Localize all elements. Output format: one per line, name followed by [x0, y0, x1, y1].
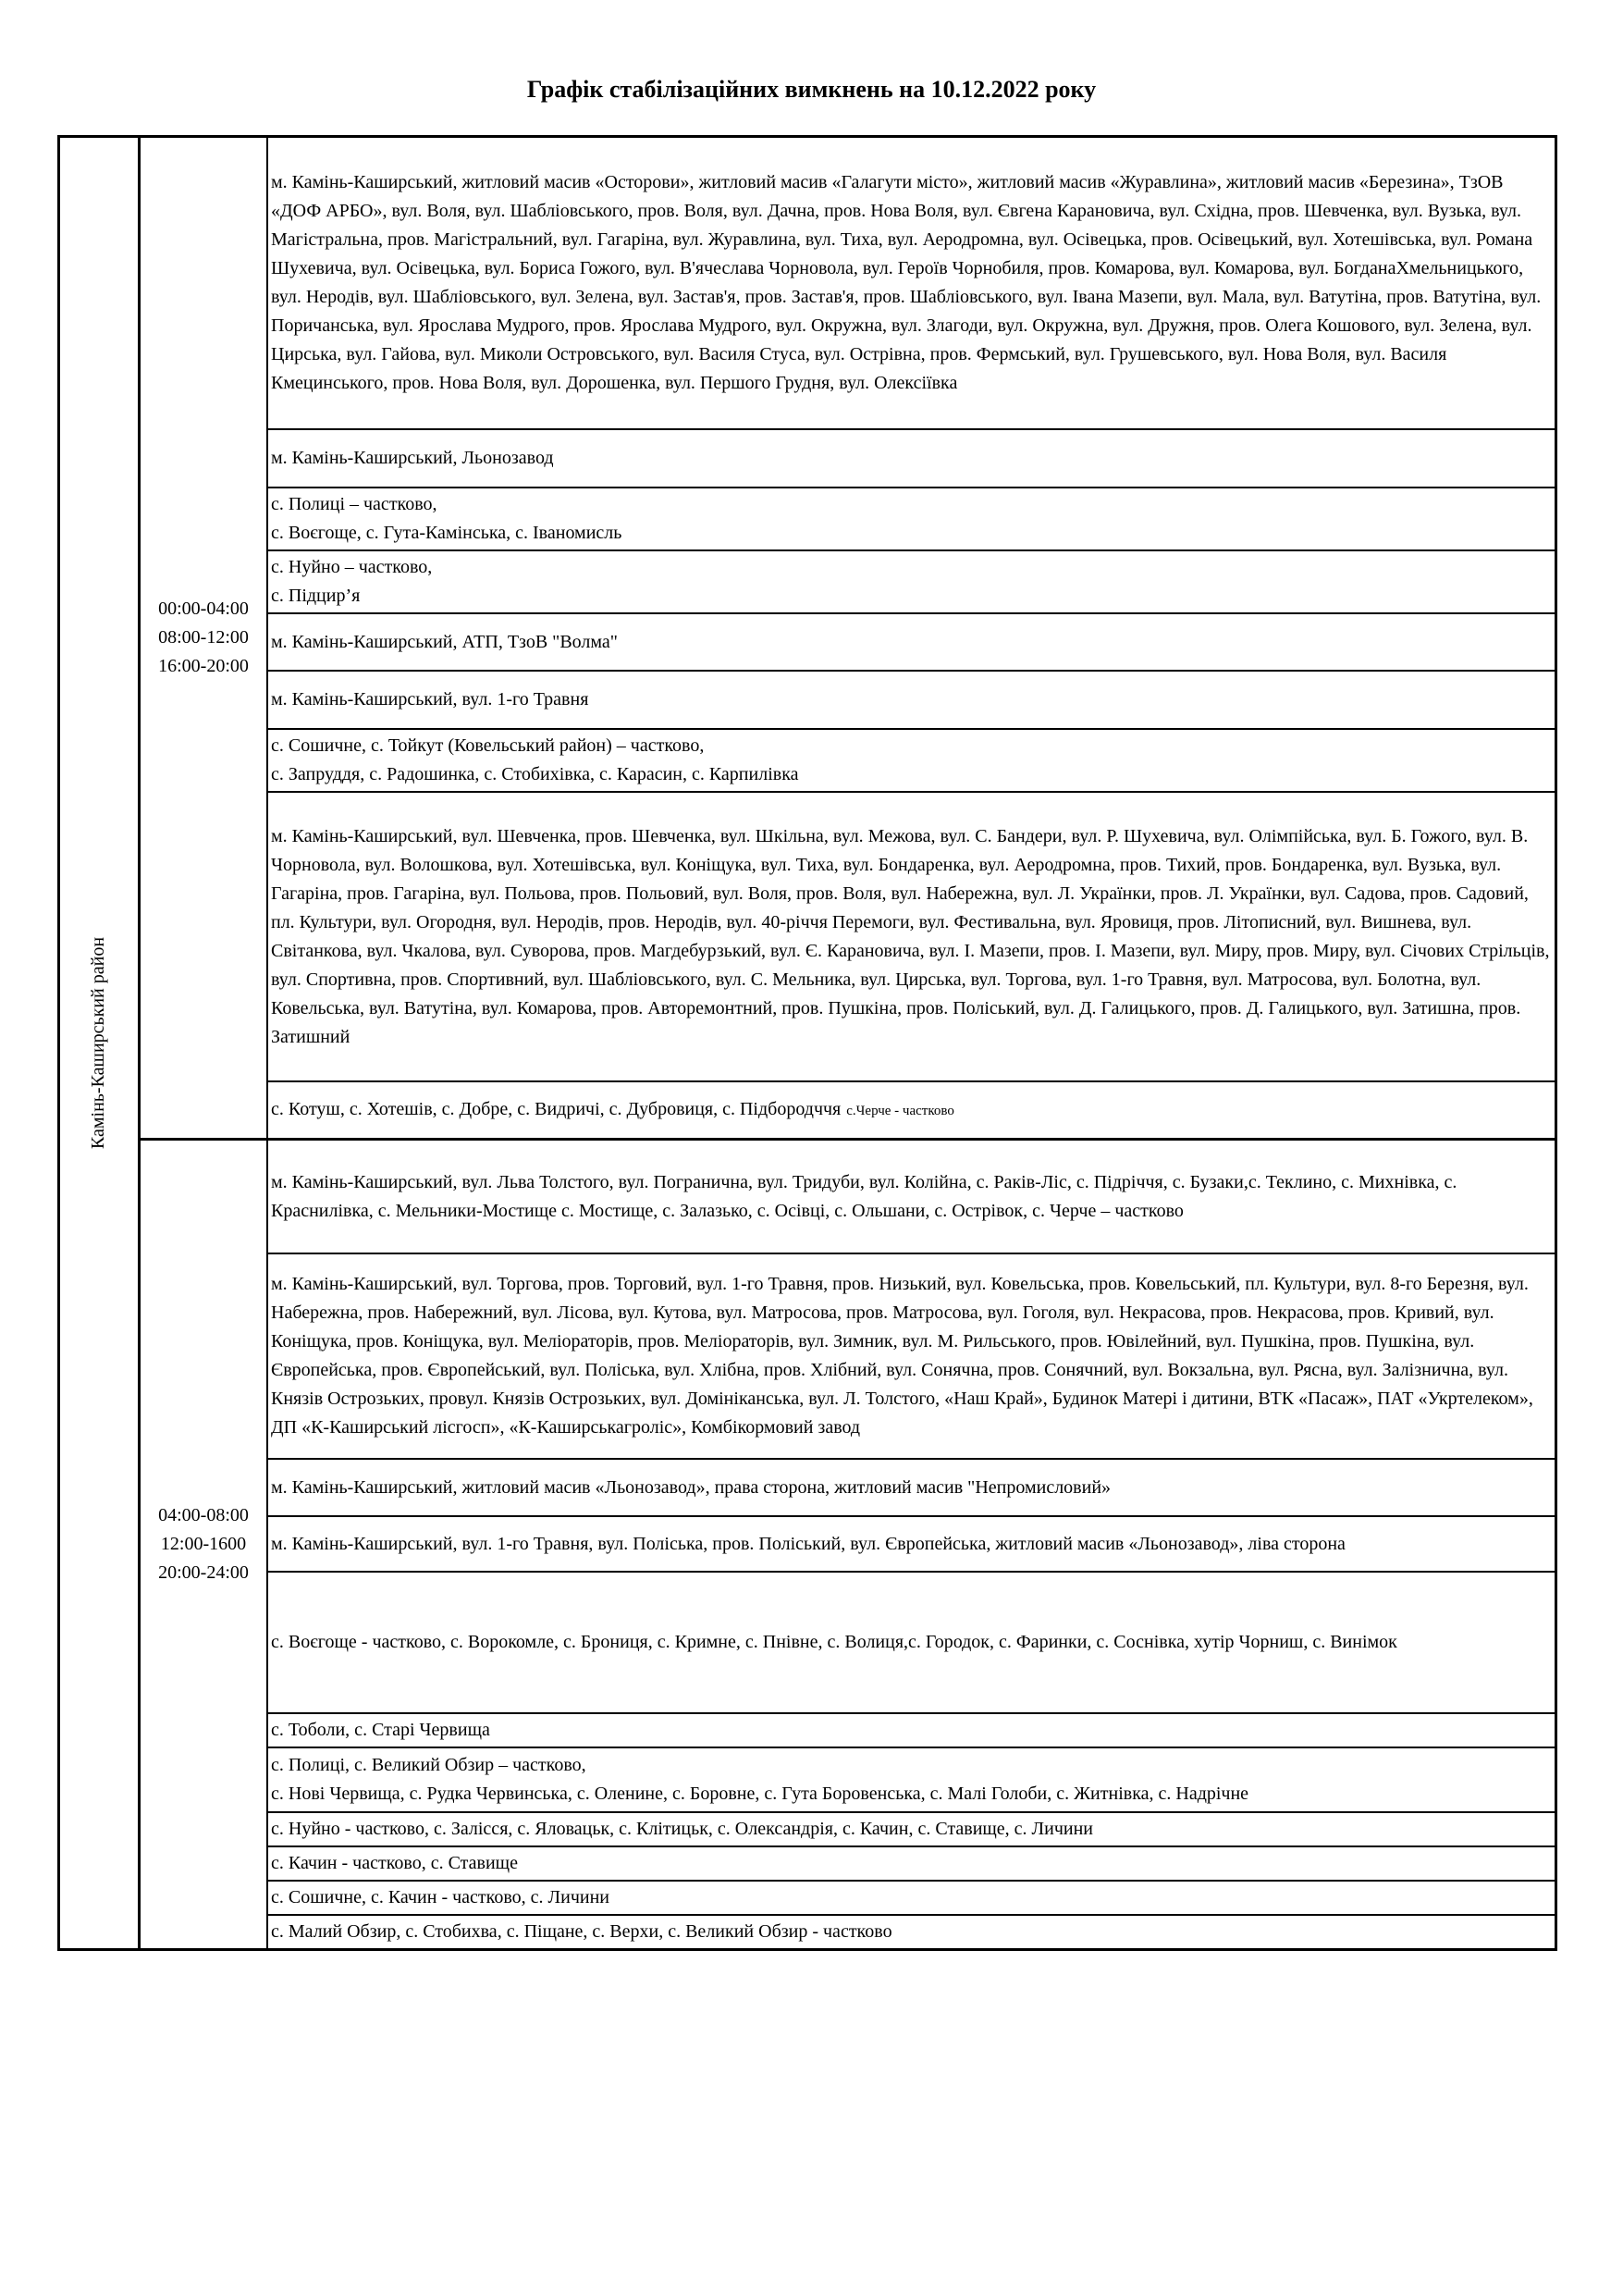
locations-row: м. Камінь-Каширський, вул. Льва Толстого… [268, 1141, 1555, 1253]
locations-text: с. Сошичне, с. Качин - частково, с. Личи… [271, 1883, 1551, 1912]
locations-text: с. Малий Обзир, с. Стобихва, с. Піщане, … [271, 1918, 1551, 1946]
time-slot: 12:00-1600 [161, 1530, 246, 1559]
locations-text: с. Сошичне, с. Тойкут (Ковельський район… [271, 732, 1551, 760]
time-slot: 00:00-04:00 [158, 595, 249, 623]
locations-row: м. Камінь-Каширський, вул. 1-го Травня [268, 670, 1555, 728]
locations-text: м. Камінь-Каширський, Льонозавод [271, 444, 1551, 473]
locations-row: с. Нуйно – частково,с. Підцир’я [268, 549, 1555, 612]
locations-row: м. Камінь-Каширський, вул. Шевченка, про… [268, 791, 1555, 1080]
locations-row: с. Полиці, с. Великий Обзир – частково,с… [268, 1747, 1555, 1811]
locations-text: с. Нуйно - частково, с. Заліcся, с. Ялов… [271, 1815, 1551, 1844]
locations-row: с. Качин - частково, с. Ставище [268, 1845, 1555, 1880]
locations-row: м. Камінь-Каширський, житловий масив «Ос… [268, 138, 1555, 428]
locations-text: м. Камінь-Каширський, вул. Шевченка, про… [271, 822, 1551, 1052]
locations-text: с. Воєгоще - частково, с. Ворокомле, с. … [271, 1628, 1551, 1657]
locations-row: м. Камінь-Каширський, АТП, ТзоВ "Волма" [268, 612, 1555, 670]
schedule-groups: 00:00-04:0008:00-12:0016:00-20:00м. Камі… [141, 138, 1555, 1948]
locations-text: с. Полиці – частково, [271, 490, 1551, 519]
locations-row: с. Тоболи, с. Старі Червища [268, 1712, 1555, 1747]
locations-row: м. Камінь-Каширський, вул. Торгова, пров… [268, 1253, 1555, 1458]
locations-row: с. Сошичне, с. Тойкут (Ковельський район… [268, 728, 1555, 791]
time-slot: 20:00-24:00 [158, 1559, 249, 1587]
time-slots-cell: 00:00-04:0008:00-12:0016:00-20:00 [141, 138, 268, 1138]
locations-row: с. Сошичне, с. Качин - частково, с. Личи… [268, 1880, 1555, 1914]
locations-text: м. Камінь-Каширський, житловий масив «Ль… [271, 1474, 1551, 1502]
time-slots-cell: 04:00-08:0012:00-160020:00-24:00 [141, 1141, 268, 1948]
locations-text: с. Полиці, с. Великий Обзир – частково, [271, 1751, 1551, 1780]
locations-row: с. Полиці – частково,с. Воєгоще, с. Гута… [268, 487, 1555, 549]
locations-row: с. Нуйно - частково, с. Заліcся, с. Ялов… [268, 1811, 1555, 1845]
locations-text: м. Камінь-Каширський, вул. 1-го Травня [271, 685, 1551, 714]
locations-text: м. Камінь-Каширський, житловий масив «Ос… [271, 168, 1551, 398]
locations-text: м. Камінь-Каширський, вул. 1-го Травня, … [271, 1530, 1551, 1559]
locations-row: м. Камінь-Каширський, вул. 1-го Травня, … [268, 1515, 1555, 1571]
locations-text: с. Котуш, с. Хотешів, с. Добре, с. Видри… [271, 1099, 841, 1119]
time-slot: 16:00-20:00 [158, 652, 249, 681]
locations-text: с. Запруддя, с. Радошинка, с. Стобихівка… [271, 760, 1551, 789]
locations-text: м. Камінь-Каширський, АТП, ТзоВ "Волма" [271, 628, 1551, 657]
time-slot: 08:00-12:00 [158, 623, 249, 652]
district-label: Камінь-Каширський район [89, 937, 110, 1149]
locations-text: м. Камінь-Каширський, вул. Льва Толстого… [271, 1168, 1551, 1226]
locations-row: с. Котуш, с. Хотешів, с. Добре, с. Видри… [268, 1080, 1555, 1138]
partial-note: с.Черче - частково [846, 1104, 954, 1118]
locations-row: с. Воєгоще - частково, с. Ворокомле, с. … [268, 1571, 1555, 1712]
locations-text: м. Камінь-Каширський, вул. Торгова, пров… [271, 1270, 1551, 1442]
locations-row: м. Камінь-Каширський, Льонозавод [268, 428, 1555, 487]
time-group: 00:00-04:0008:00-12:0016:00-20:00м. Камі… [141, 138, 1555, 1138]
locations-text: с. Підцир’я [271, 582, 1551, 611]
locations-text: с. Воєгоще, с. Гута-Камінська, с. Іваном… [271, 519, 1551, 548]
locations-row: м. Камінь-Каширський, житловий масив «Ль… [268, 1458, 1555, 1515]
locations-text: с. Нуйно – частково, [271, 553, 1551, 582]
time-slot: 04:00-08:00 [158, 1501, 249, 1530]
district-cell: Камінь-Каширський район [60, 138, 141, 1948]
time-group: 04:00-08:0012:00-160020:00-24:00м. Камін… [141, 1138, 1555, 1948]
locations-text: с. Тоболи, с. Старі Червища [271, 1716, 1551, 1745]
locations-row: с. Малий Обзир, с. Стобихва, с. Піщане, … [268, 1914, 1555, 1948]
schedule-table: Камінь-Каширський район 00:00-04:0008:00… [57, 135, 1557, 1951]
locations-text: с. Качин - частково, с. Ставище [271, 1849, 1551, 1878]
page-title: Графік стабілізаційних вимкнень на 10.12… [0, 76, 1623, 104]
locations-text: с. Нові Червища, с. Рудка Червинська, с.… [271, 1780, 1551, 1808]
locations-line: с. Котуш, с. Хотешів, с. Добре, с. Видри… [271, 1095, 1551, 1126]
